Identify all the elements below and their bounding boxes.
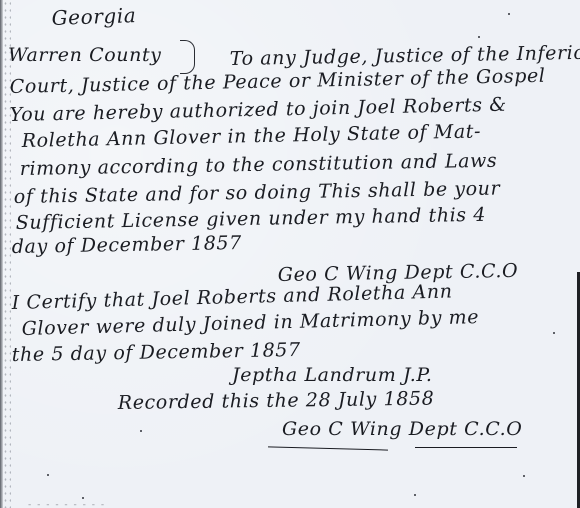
signature-underline-right xyxy=(415,447,517,448)
license-line-4: Roletha Ann Glover in the Holy State of … xyxy=(22,120,482,152)
license-line-7: Sufficient License given under my hand t… xyxy=(16,204,487,234)
scan-speck xyxy=(414,494,416,496)
bracket-flourish xyxy=(180,40,195,74)
scan-speck xyxy=(82,497,84,499)
license-line-6: of this State and for so doing This shal… xyxy=(14,178,501,208)
cropped-bottom-text: - - - - - - - - - xyxy=(28,500,106,508)
heading-state: Georgia xyxy=(51,3,137,30)
signature-underline-left xyxy=(268,446,388,450)
scan-speck xyxy=(553,332,555,334)
scan-speck xyxy=(478,36,480,38)
clerk-signature-2: Geo C Wing Dept C.C.O xyxy=(282,418,522,440)
county-line: Warren County xyxy=(8,44,162,66)
license-line-5: rimony according to the constitution and… xyxy=(20,150,498,180)
officiant-signature: Jeptha Landrum J.P. xyxy=(232,364,433,386)
scan-speck xyxy=(508,13,510,15)
document-page: Georgia Warren County To any Judge, Just… xyxy=(0,0,580,508)
certificate-line-3: the 5 day of December 1857 xyxy=(12,339,301,366)
recorded-line: Recorded this the 28 July 1858 xyxy=(118,388,435,414)
license-line-2: Court, Justice of the Peace or Minister … xyxy=(10,65,546,98)
scan-speck xyxy=(523,475,525,477)
scan-speck xyxy=(140,430,142,432)
license-line-8: day of December 1857 xyxy=(12,232,242,258)
scan-speck xyxy=(47,474,49,476)
